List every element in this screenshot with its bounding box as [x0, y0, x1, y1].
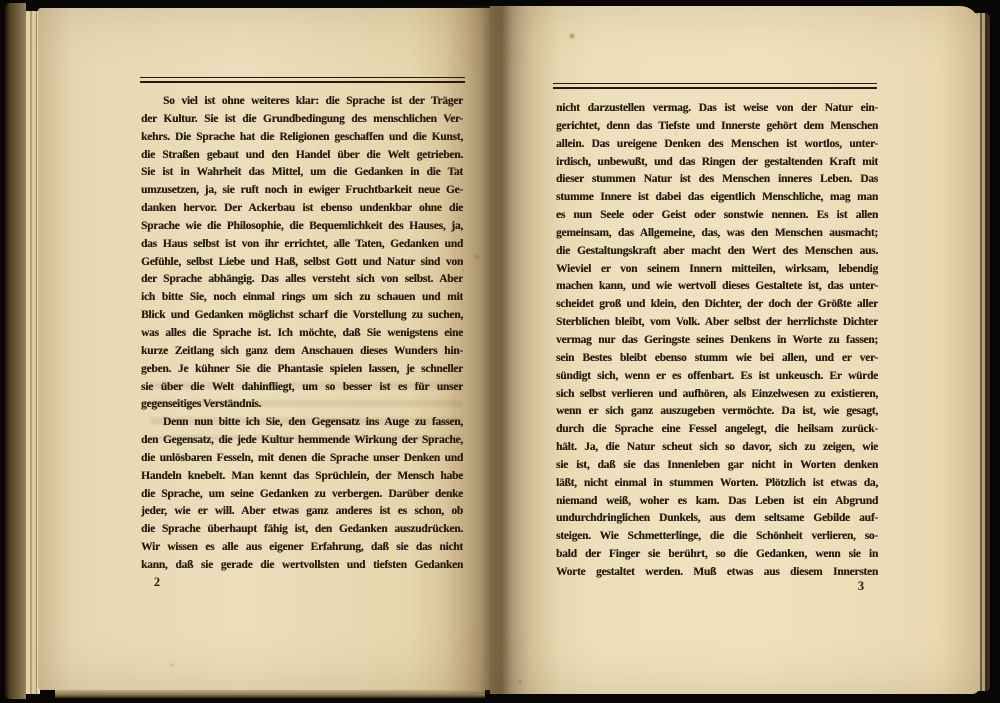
text-line: kurze Zeitlang sich ganz dem Anschauen d…: [141, 345, 463, 363]
text-line: die Sprache, um seine Gedanken zu verber…: [141, 488, 463, 506]
text-line: bald der Finger sie berührt, so die Geda…: [556, 548, 878, 566]
text-line: Wieviel er von seinem Innern mitteilen, …: [556, 263, 878, 281]
text-line: gerichtet, denn das Tiefste und Innerste…: [556, 120, 878, 138]
text-line: die unlösbaren Fesseln, mit denen die Sp…: [141, 452, 463, 470]
text-line: Denn nun bitte ich Sie, den Gegensatz in…: [141, 416, 463, 434]
book-cover-edge: [5, 3, 26, 699]
text-line: hält. Ja, die Natur scheut sich so davor…: [556, 441, 878, 459]
text-line: undurchdringlichen Dunkels, aus dem selt…: [556, 512, 878, 530]
left-page-number: 2: [147, 575, 167, 590]
text-line: irdisch, unbewußt, und das Ringen der ge…: [556, 156, 878, 174]
text-line: das Haus selbst ist von ihr errichtet, a…: [141, 238, 463, 256]
page-head-rule-right: [553, 83, 877, 89]
text-line: vermag nur das Geringste seines Denkens …: [556, 334, 878, 352]
text-line: Handeln knebelt. Man kennt das Sprüchlei…: [141, 470, 463, 488]
text-line: geben. Je kühner Sie die Phantasie spiel…: [141, 363, 463, 381]
text-line: Sprache wie die Philosophie, die Bequeml…: [141, 220, 463, 238]
text-line: sich selbst verlieren und aufhören, als …: [556, 388, 878, 406]
text-line: kehrs. Die Sprache hat die Religionen ge…: [141, 131, 463, 149]
page-edge-stack-bottom: [55, 690, 485, 698]
text-line: sein Bestes bleibt ebenso stumm wie bei …: [556, 352, 878, 370]
text-line: jeder, wie er will. Aber etwas ganz ande…: [141, 505, 463, 523]
text-line: der Kultur. Sie ist die Grundbedingung d…: [141, 113, 463, 131]
text-line: sie ist, daß sie das Innenleben gar nich…: [556, 459, 878, 477]
text-line: sie über die Welt dahinfliegt, um so bes…: [141, 381, 463, 399]
text-line: die Sprache überhaupt fähig ist, den Ged…: [141, 523, 463, 541]
text-line: den Gegensatz, die jede Kultur hemmende …: [141, 434, 463, 452]
text-line: Worte gestaltet werden. Muß etwas aus di…: [556, 566, 878, 584]
text-line: gegenseitiges Verständnis.: [141, 398, 463, 416]
text-line: Sie ist in Wahrheit das Mittel, um die G…: [141, 166, 463, 184]
text-line: der Sprache abhängig. Das alles versteht…: [141, 273, 463, 291]
text-line: kann, daß sie gerade die wertvollsten un…: [141, 559, 463, 577]
text-line: die Gestaltungskraft aber macht den Wert…: [556, 245, 878, 263]
text-line: So viel ist ohne weiteres klar: die Spra…: [141, 95, 463, 113]
text-line: Blick und Gedanken möglichst scharf die …: [141, 309, 463, 327]
text-line: Wir wissen es alle aus eigener Erfahrung…: [141, 541, 463, 559]
text-line: ich bitte Sie, noch einmal rings um sich…: [141, 291, 463, 309]
left-page-text-column: So viel ist ohne weiteres klar: die Spra…: [141, 95, 463, 577]
text-line: Sterblichen bleibt, vom Volk. Aber selbs…: [556, 316, 878, 334]
text-line: durch die Sprache eine Fessel angelegt, …: [556, 423, 878, 441]
text-line: niemand weiß, woher es kam. Das Leben is…: [556, 495, 878, 513]
text-line: nicht darzustellen vermag. Das ist weise…: [556, 102, 878, 120]
text-line: stumme Innere ist dabei das eigentlich M…: [556, 191, 878, 209]
text-line: Gefühle, selbst Liebe und Haß, selbst Go…: [141, 256, 463, 274]
text-line: wenn er sich ganz auszugeben vermöchte. …: [556, 405, 878, 423]
text-line: es nun Seele oder Geist oder sonstwie ne…: [556, 209, 878, 227]
text-line: läßt, nicht einmal in stummen Worten. Pl…: [556, 477, 878, 495]
text-line: machen kann, und wie wertvoll dieses Ges…: [556, 280, 878, 298]
text-line: dieser stummen Natur ist des Menschen in…: [556, 173, 878, 191]
text-line: sündigt sich, wenn er es offenbart. Es i…: [556, 370, 878, 388]
text-line: steigen. Wie Schmetterlinge, die die Sch…: [556, 530, 878, 548]
right-page-number: 3: [851, 579, 871, 594]
text-line: scheidet groß und klein, den Dichter, de…: [556, 298, 878, 316]
text-line: was alles die Sprache ist. Ich möchte, d…: [141, 327, 463, 345]
text-line: gemeinsam, das Allgemeine, das, was den …: [556, 227, 878, 245]
page-head-rule-left: [140, 77, 465, 83]
text-line: umzusetzen, ja, sie ruft noch in ewiger …: [141, 184, 463, 202]
text-line: die Straßen gebaut und den Handel über d…: [141, 149, 463, 167]
text-line: danken hervor. Der Ackerbau ist ebenso u…: [141, 202, 463, 220]
right-page-text-column: nicht darzustellen vermag. Das ist weise…: [556, 102, 878, 584]
text-line: allein. Das ureigene Denken des Menschen…: [556, 138, 878, 156]
